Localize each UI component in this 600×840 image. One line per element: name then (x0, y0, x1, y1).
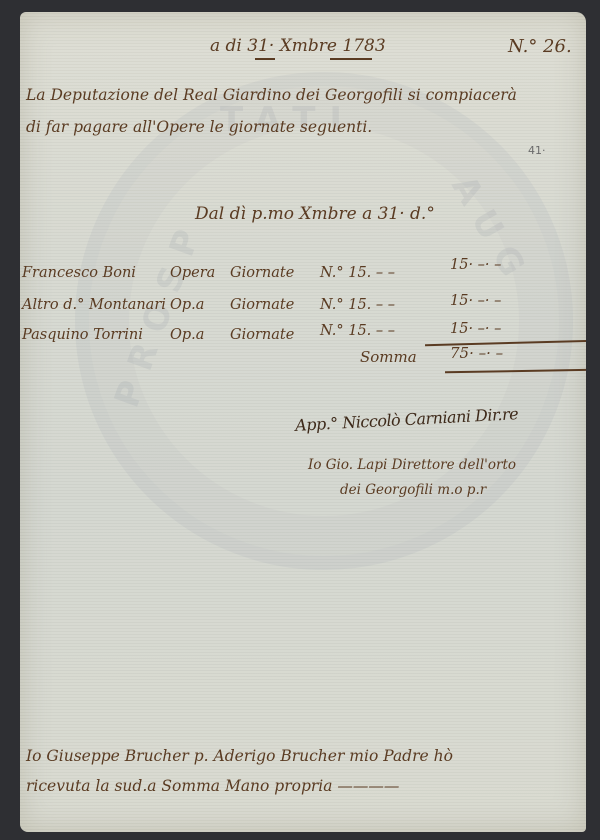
date-underline (255, 58, 275, 60)
entry-label: Giornate (230, 265, 294, 281)
entry-role: Op.a (170, 327, 204, 343)
signature-line-2: dei Georgofili m.o p.r (340, 482, 486, 498)
date-line: a di 31· Xmbre 1783 (210, 36, 386, 56)
entry-row: Altro d.° Montanari Op.a Giornate N.° 15… (20, 297, 586, 319)
year-underline (330, 58, 372, 60)
entry-name: Pasquino Torrini (22, 327, 143, 343)
entry-row: Francesco Boni Opera Giornate N.° 15. – … (20, 265, 586, 287)
entry-amount: 15· –· – (450, 293, 501, 309)
total-amount: 75· –· – (450, 344, 503, 362)
document-number: N.° 26. (508, 36, 572, 57)
entry-amount: 15· –· – (450, 321, 501, 337)
intro-line-2: di far pagare all'Opere le giornate segu… (26, 118, 372, 136)
entry-count: N.° 15. – – (320, 297, 395, 313)
entry-label: Giornate (230, 327, 294, 343)
receipt-line-2: ricevuta la sud.a Somma Mano propria ———… (26, 777, 399, 795)
entry-name: Francesco Boni (22, 265, 136, 281)
entry-label: Giornate (230, 297, 294, 313)
entry-name: Altro d.° Montanari (22, 297, 166, 313)
entry-role: Opera (170, 265, 215, 281)
intro-line-1: La Deputazione del Real Giardino dei Geo… (26, 86, 517, 104)
total-label: Somma (360, 348, 417, 366)
manuscript-page: TATI PROSP AUG a di 31· Xmbre 1783 N.° 2… (20, 12, 586, 832)
entry-role: Op.a (170, 297, 204, 313)
signature-line-1: Io Gio. Lapi Direttore dell'orto (308, 457, 516, 473)
entry-count: N.° 15. – – (320, 323, 395, 339)
entry-amount: 15· –· – (450, 257, 501, 273)
archive-number: 41· (528, 144, 546, 157)
entry-count: N.° 15. – – (320, 265, 395, 281)
receipt-line-1: Io Giuseppe Brucher p. Aderigo Brucher m… (26, 747, 453, 765)
period-line: Dal dì p.mo Xmbre a 31· d.° (195, 204, 435, 224)
